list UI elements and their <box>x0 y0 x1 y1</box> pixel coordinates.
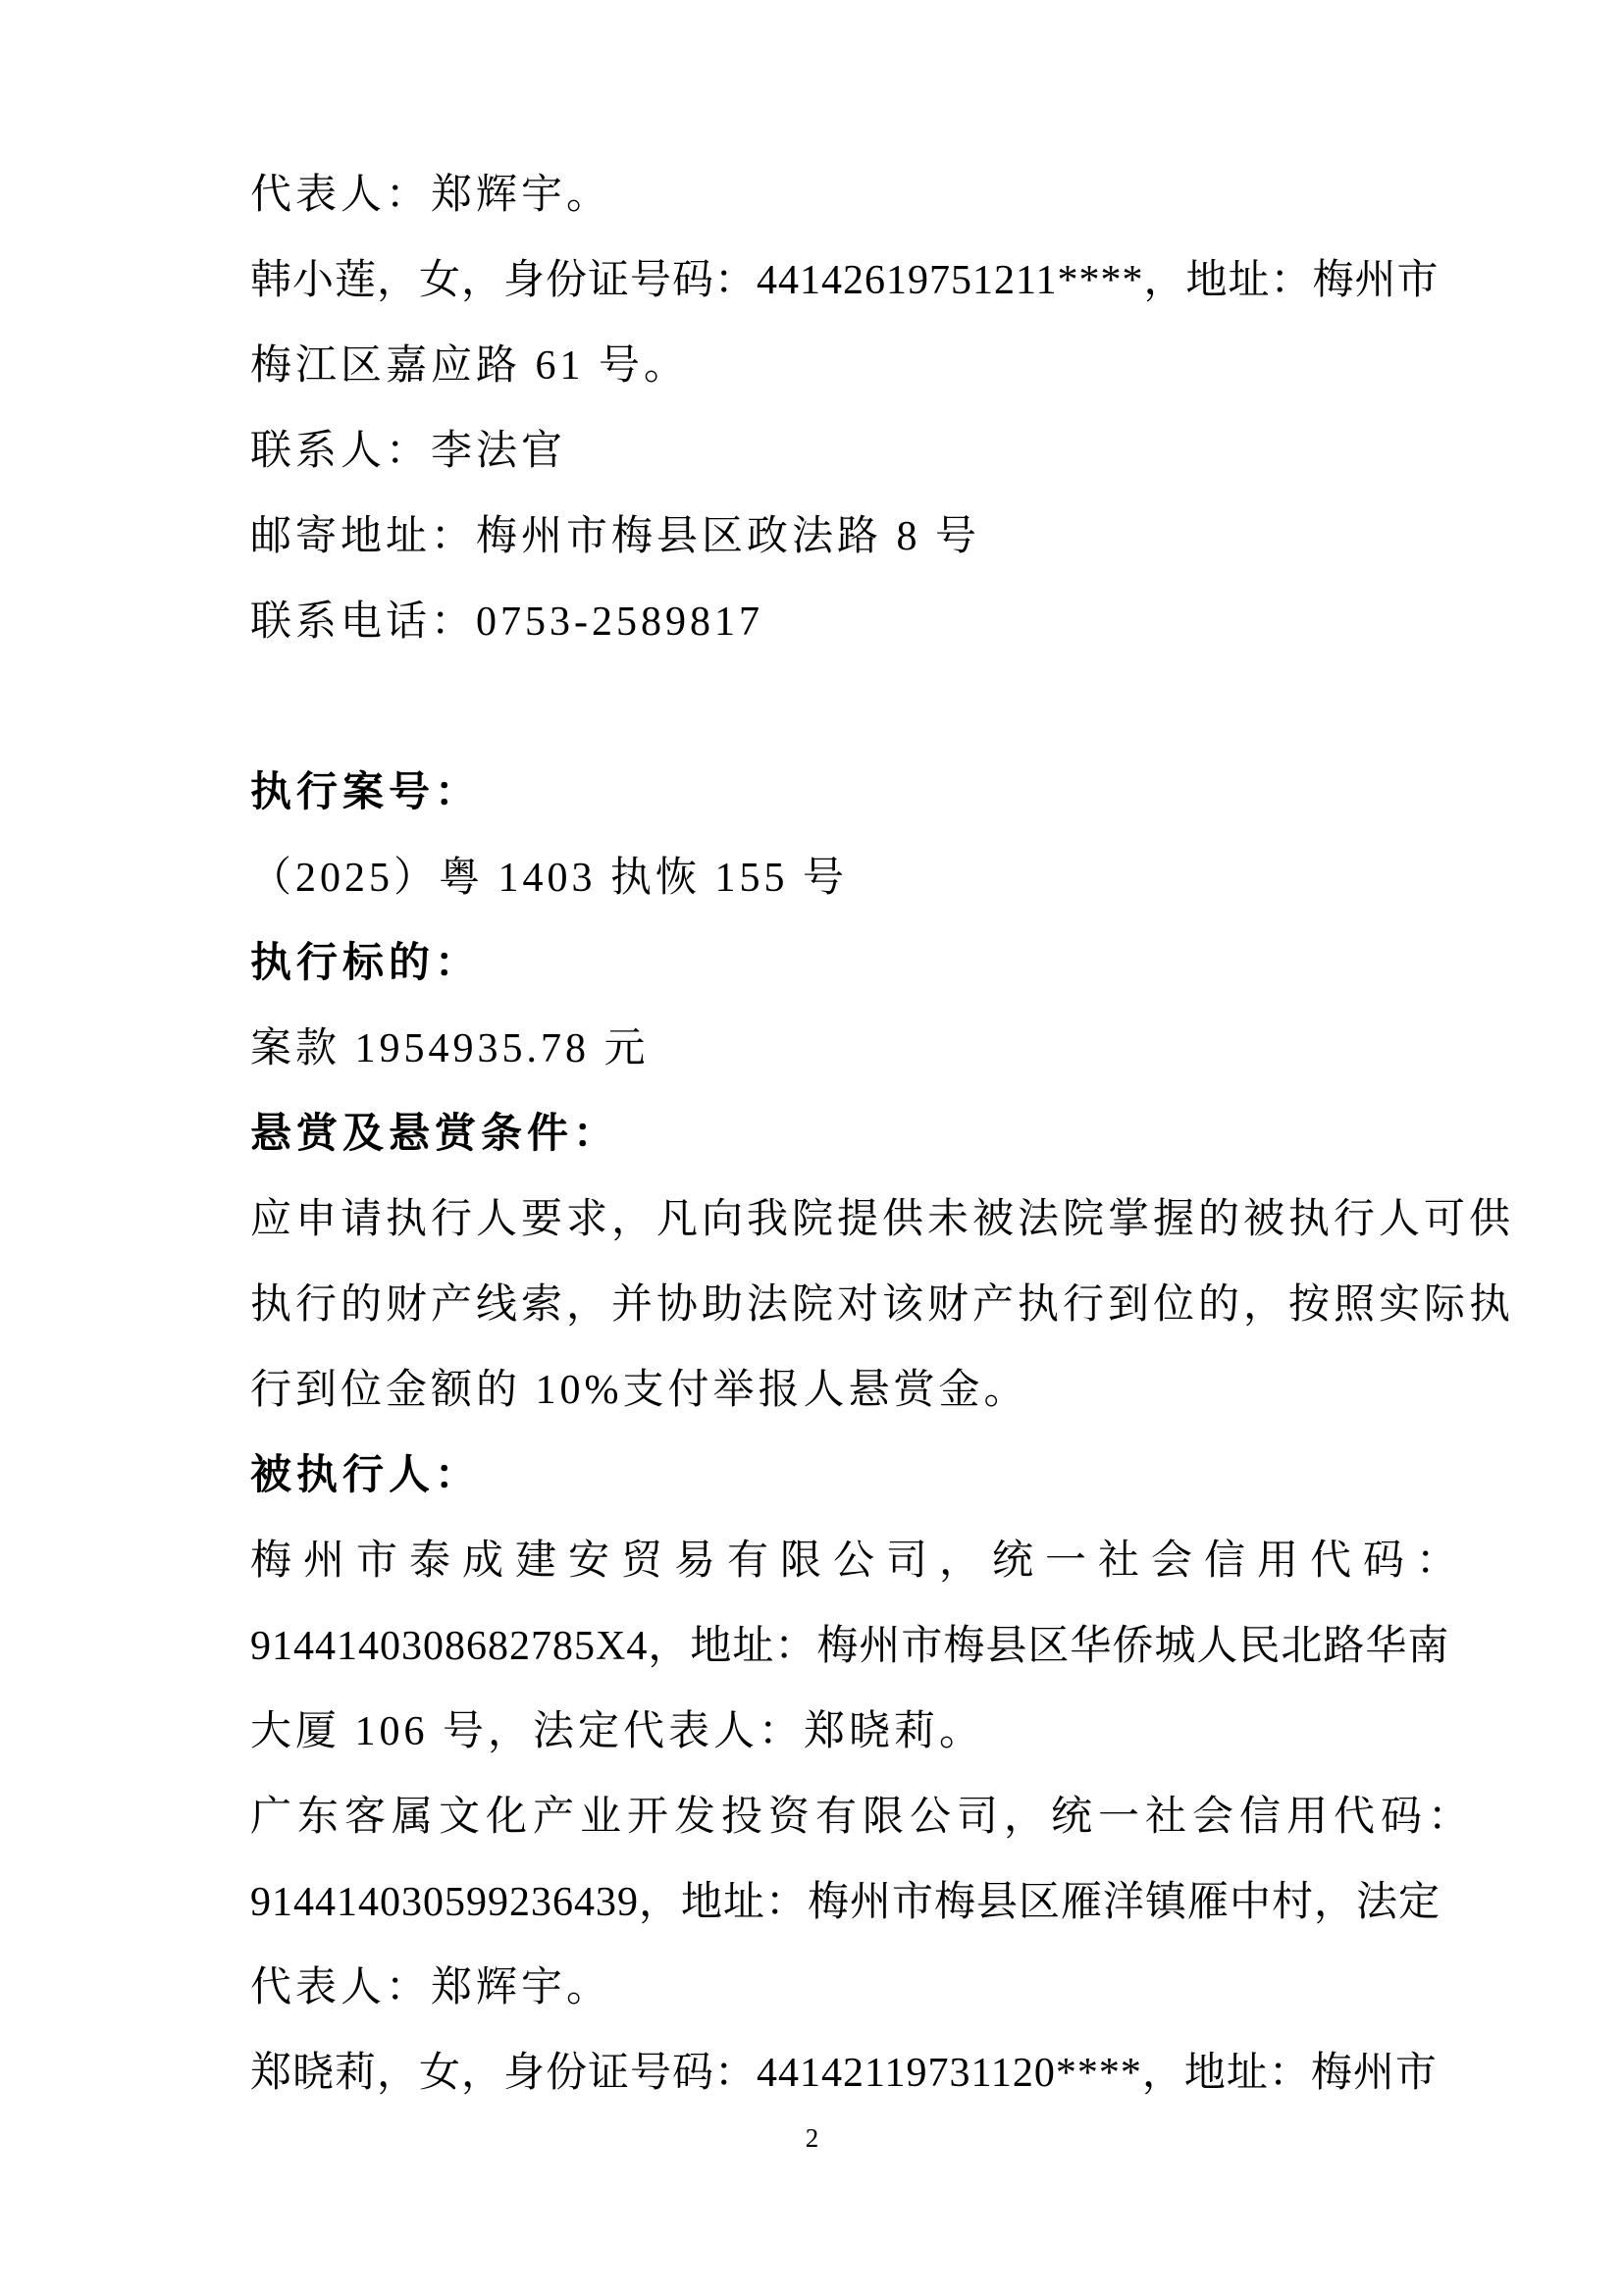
document-line: 韩小莲，女，身份证号码：44142619751211****，地址：梅州市 <box>250 238 1477 324</box>
page-number: 2 <box>0 2117 1624 2159</box>
document-line: （2025）粤 1403 执恢 155 号 <box>250 836 1477 921</box>
document-line: 914414030599236439，地址：梅州市梅县区雁洋镇雁中村，法定 <box>250 1860 1477 1946</box>
section-heading: 被执行人： <box>250 1434 1477 1519</box>
document-line: 代表人：郑辉宇。 <box>250 1946 1477 2031</box>
section-heading: 执行标的： <box>250 921 1477 1007</box>
document-line: 邮寄地址：梅州市梅县区政法路 8 号 <box>250 495 1477 580</box>
section-heading: 执行案号： <box>250 751 1477 836</box>
document-line: 案款 1954935.78 元 <box>250 1007 1477 1092</box>
document-line: 郑晓莉，女，身份证号码：44142119731120****，地址：梅州市 <box>250 2031 1477 2116</box>
document-line: 广东客属文化产业开发投资有限公司，统一社会信用代码： <box>250 1775 1477 1860</box>
document-page: 代表人：郑辉宇。韩小莲，女，身份证号码：44142619751211****，地… <box>0 0 1624 2296</box>
blank-line <box>250 665 1477 751</box>
document-line: 执行的财产线索，并协助法院对该财产执行到位的，按照实际执 <box>250 1263 1477 1348</box>
document-line: 联系电话：0753-2589817 <box>250 580 1477 665</box>
document-content: 代表人：郑辉宇。韩小莲，女，身份证号码：44142619751211****，地… <box>250 153 1477 2116</box>
document-line: 行到位金额的 10%支付举报人悬赏金。 <box>250 1348 1477 1434</box>
document-line: 9144140308682785X4，地址：梅州市梅县区华侨城人民北路华南 <box>250 1604 1477 1690</box>
document-line: 代表人：郑辉宇。 <box>250 153 1477 238</box>
document-line: 梅江区嘉应路 61 号。 <box>250 324 1477 409</box>
document-line: 大厦 106 号，法定代表人：郑晓莉。 <box>250 1690 1477 1775</box>
document-line: 联系人：李法官 <box>250 409 1477 495</box>
document-line: 应申请执行人要求，凡向我院提供未被法院掌握的被执行人可供 <box>250 1177 1477 1263</box>
document-line: 梅州市泰成建安贸易有限公司，统一社会信用代码： <box>250 1519 1477 1604</box>
section-heading: 悬赏及悬赏条件： <box>250 1092 1477 1177</box>
